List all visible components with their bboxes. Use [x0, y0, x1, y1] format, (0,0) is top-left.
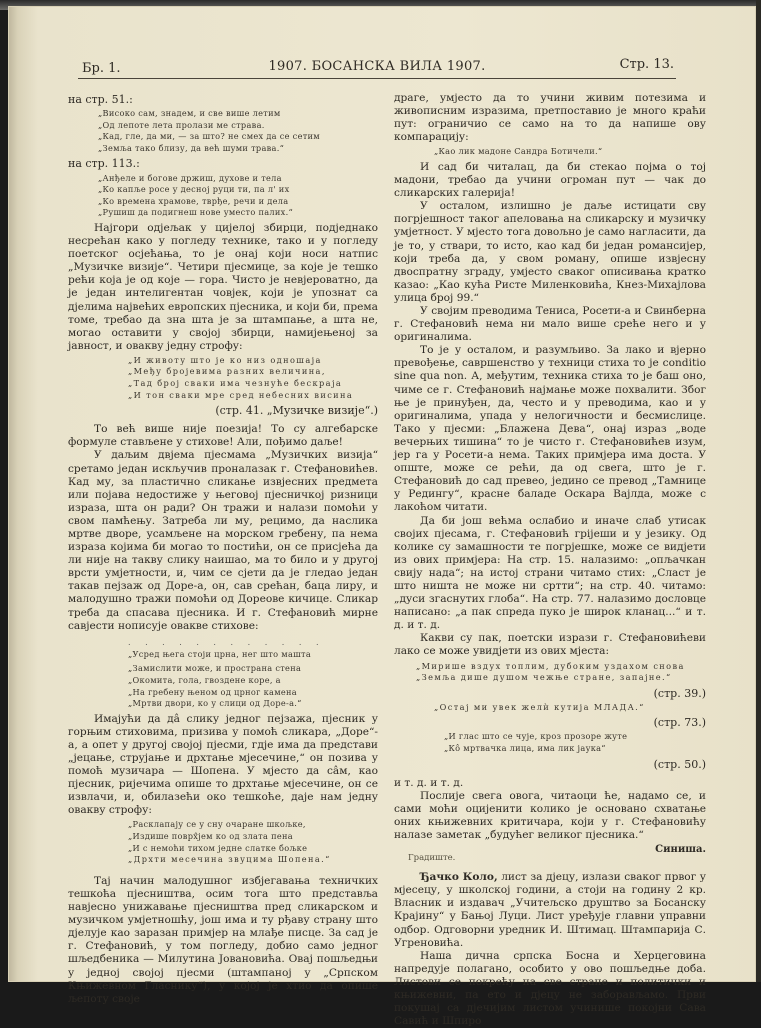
left-column: на стр. 51.: „Високо сам, знадем, и све … [68, 92, 378, 982]
paragraph: Да би још већма ослабио и иначе слаб ути… [394, 515, 706, 633]
verse-quote: „Замислити може, и пространа стена „Оком… [68, 663, 378, 709]
verse-quote: „Остај ми увек желѝ кутија МЛАДА.“ [394, 702, 706, 714]
citation: (стр. 41. „Музичке визије“.) [68, 404, 378, 417]
paragraph: То већ више није поезија! То су алгебарс… [68, 423, 378, 449]
paragraph: Какви су пак, поетски изрази г. Стефанов… [394, 632, 706, 658]
verse-quote: „Високо сам, знадем, и све више летим „О… [68, 108, 378, 154]
paragraph: Тај начин малодушног избјегавања техничк… [68, 875, 378, 982]
right-column: драге, умјесто да то учини живим потезим… [394, 92, 706, 982]
paragraph: Најгори одјељак у цијелој збирци, подјед… [68, 222, 378, 353]
verse-quote: „Усред њега стоји црна, нег што машта [68, 649, 378, 661]
paragraph: Наша дична српска Босна и Херцеговина на… [394, 950, 706, 982]
citation: (стр. 50.) [394, 758, 706, 771]
paragraph: драге, умјесто да то учини живим потезим… [394, 92, 706, 144]
notice-title: Ђачко Коло, [420, 871, 498, 883]
citation: (стр. 39.) [394, 687, 706, 700]
scan-right-edge [756, 0, 761, 982]
newspaper-page: Бр. 1. 1907. БОСАНСКА ВИЛА 1907. Стр. 13… [8, 6, 756, 982]
page-header: Бр. 1. 1907. БОСАНСКА ВИЛА 1907. Стр. 13… [78, 54, 676, 79]
paragraph: У осталом, излишно је даље истицати сву … [394, 200, 706, 305]
citation: (стр. 73.) [394, 716, 706, 729]
paragraph: Послије свега овога, читаоци ће, надамо … [394, 790, 706, 842]
verse-quote: „Као лик мадоне Сандра Ботичели.“ [394, 146, 706, 158]
paragraph: То је у осталом, и разумљиво. За лако и … [394, 344, 706, 514]
notice-paragraph: Ђачко Коло, лист за дјецу, излази сваког… [394, 871, 706, 950]
verse-quote: „Расклапају се у сну очаране шкољке, „Из… [68, 819, 378, 865]
verse-quote: „Анђеле и богове држиш, духове и тела „К… [68, 173, 378, 219]
paragraph: У даљим двјема пјесмама „Музичких визија… [68, 449, 378, 632]
verse-quote: „И глас што се чује, кроз прозоре жуте „… [394, 731, 706, 754]
verse-quote: „Мирише вздух топлим, дубоким уздахом сн… [394, 661, 706, 684]
page-ref-label: на стр. 51.: [68, 93, 378, 106]
page-ref-label: на стр. 113.: [68, 157, 378, 170]
page-number: Стр. 13. [620, 57, 674, 72]
ellipsis-dots: . . . . . . . . . . . . [68, 639, 378, 647]
verse-quote: „И животу што је ко низ одношаја „Међу б… [68, 355, 378, 401]
etc-line: и т. д. и т. д. [394, 777, 706, 790]
paragraph: И сад би читалац, да би стекао појма о т… [394, 161, 706, 200]
paragraph: Имајући да да̂ слику једног пејзажа, пје… [68, 713, 378, 818]
paragraph: У својим преводима Тениса, Росети-а и Св… [394, 305, 706, 344]
publication-title: 1907. БОСАНСКА ВИЛА 1907. [78, 59, 676, 74]
